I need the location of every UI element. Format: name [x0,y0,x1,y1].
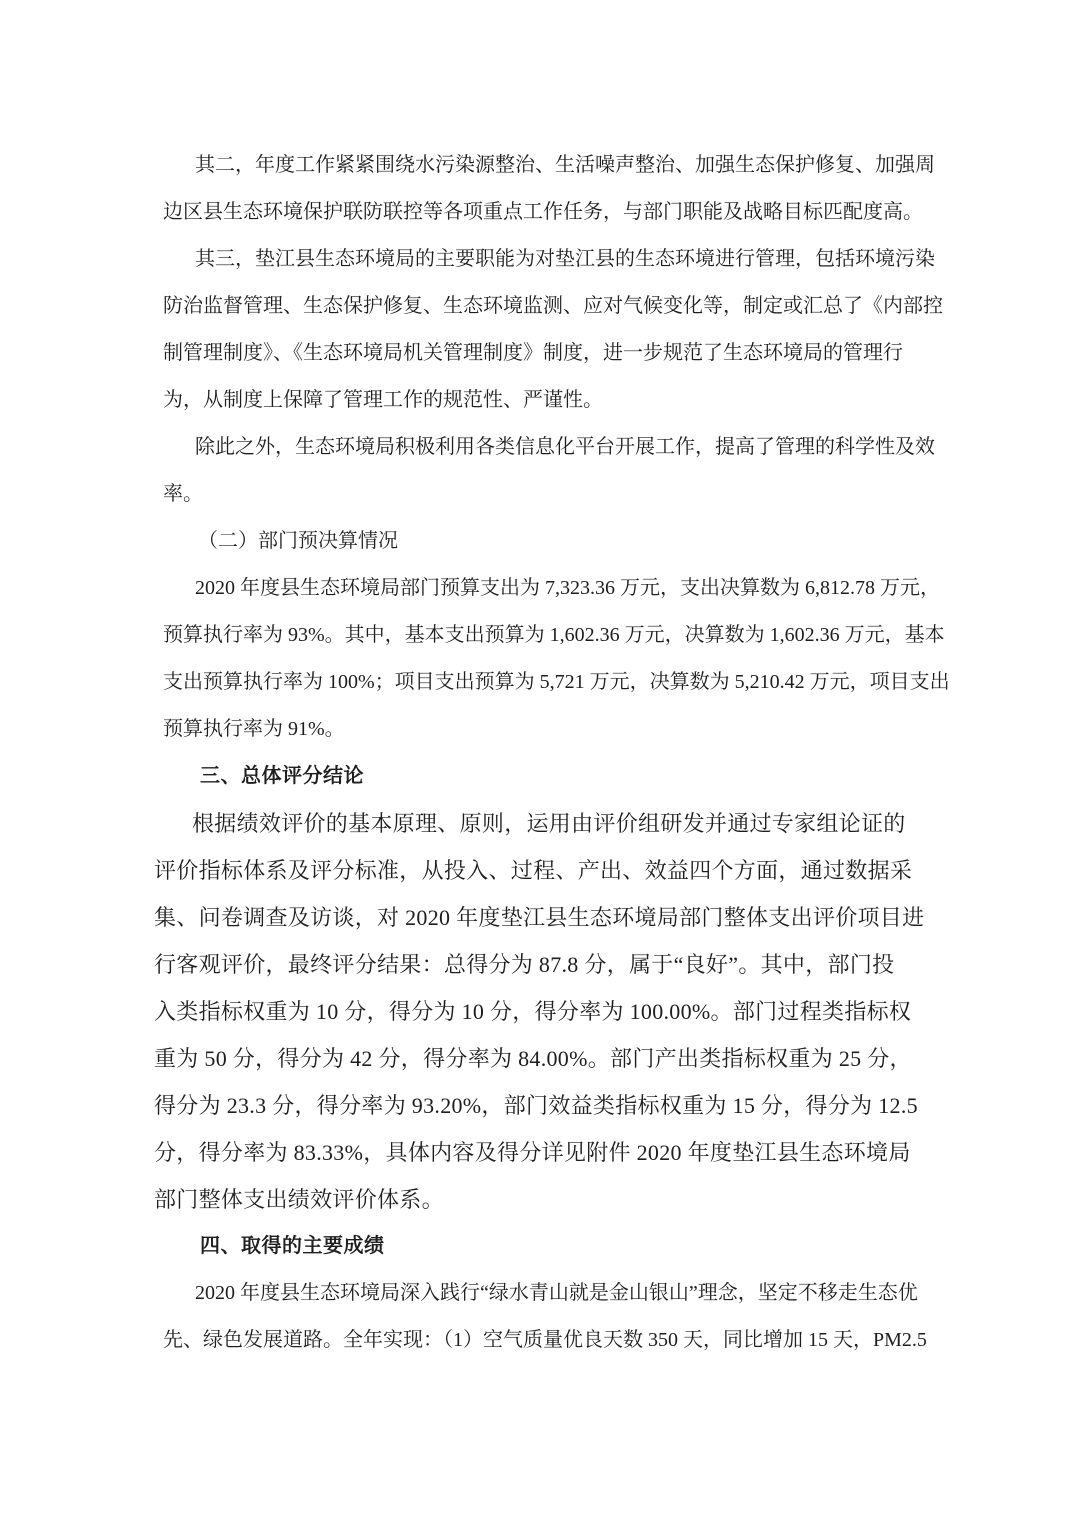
text-line: 得分为 23.3 分，得分率为 93.20%，部门效益类指标权重为 15 分，得… [154,1082,1075,1129]
text-line: 制管理制度》、《生态环境局机关管理制度》制度，进一步规范了生态环境局的管理行 [163,330,1075,377]
text-line: 预算执行率为 93%。其中，基本支出预算为 1,602.36 万元，决算数为 1… [163,612,1075,659]
text-line: 评价指标体系及评分标准，从投入、过程、产出、效益四个方面，通过数据采 [154,847,1075,894]
text-line: 其三，垫江县生态环境局的主要职能为对垫江县的生态环境进行管理，包括环境污染 [195,236,1075,283]
text-line: 集、问卷调查及访谈，对 2020 年度垫江县生态环境局部门整体支出评价项目进 [154,894,1075,941]
text-line: 防治监督管理、生态保护修复、生态环境监测、应对气候变化等，制定或汇总了《内部控 [163,283,1075,330]
section-heading: 三、总体评分结论 [200,753,1075,800]
document-page: 其二，年度工作紧紧围绕水污染源整治、生活噪声整治、加强生态保护修复、加强周边区县… [0,142,1075,1364]
text-line: 预算执行率为 91%。 [163,706,1075,753]
text-line: 行客观评价，最终评分结果：总得分为 87.8 分，属于“良好”。其中，部门投 [154,941,1075,988]
text-line: 率。 [163,471,1075,518]
text-line: 支出预算执行率为 100%；项目支出预算为 5,721 万元，决算数为 5,21… [163,659,1075,706]
sub-heading: （二）部门预决算情况 [198,518,1075,565]
text-line: 重为 50 分，得分为 42 分，得分率为 84.00%。部门产出类指标权重为 … [154,1035,1075,1082]
section-heading: 四、取得的主要成绩 [200,1223,1075,1270]
text-line: 部门整体支出绩效评价体系。 [154,1176,1075,1223]
text-line: 除此之外，生态环境局积极利用各类信息化平台开展工作，提高了管理的科学性及效 [195,424,1075,471]
text-line: 根据绩效评价的基本原理、原则，运用由评价组研发并通过专家组论证的 [192,800,1075,847]
text-line: 为，从制度上保障了管理工作的规范性、严谨性。 [163,377,1075,424]
text-line: 边区县生态环境保护联防联控等各项重点工作任务，与部门职能及战略目标匹配度高。 [163,189,1075,236]
text-line: 2020 年度县生态环境局部门预算支出为 7,323.36 万元，支出决算数为 … [195,565,1075,612]
text-line: 先、绿色发展道路。全年实现：（1）空气质量优良天数 350 天，同比增加 15 … [163,1317,1075,1364]
text-line: 其二，年度工作紧紧围绕水污染源整治、生活噪声整治、加强生态保护修复、加强周 [195,142,1075,189]
text-line: 分，得分率为 83.33%，具体内容及得分详见附件 2020 年度垫江县生态环境… [154,1129,1075,1176]
text-line: 2020 年度县生态环境局深入践行“绿水青山就是金山银山”理念，坚定不移走生态优 [195,1270,1075,1317]
text-line: 入类指标权重为 10 分，得分为 10 分，得分率为 100.00%。部门过程类… [154,988,1075,1035]
